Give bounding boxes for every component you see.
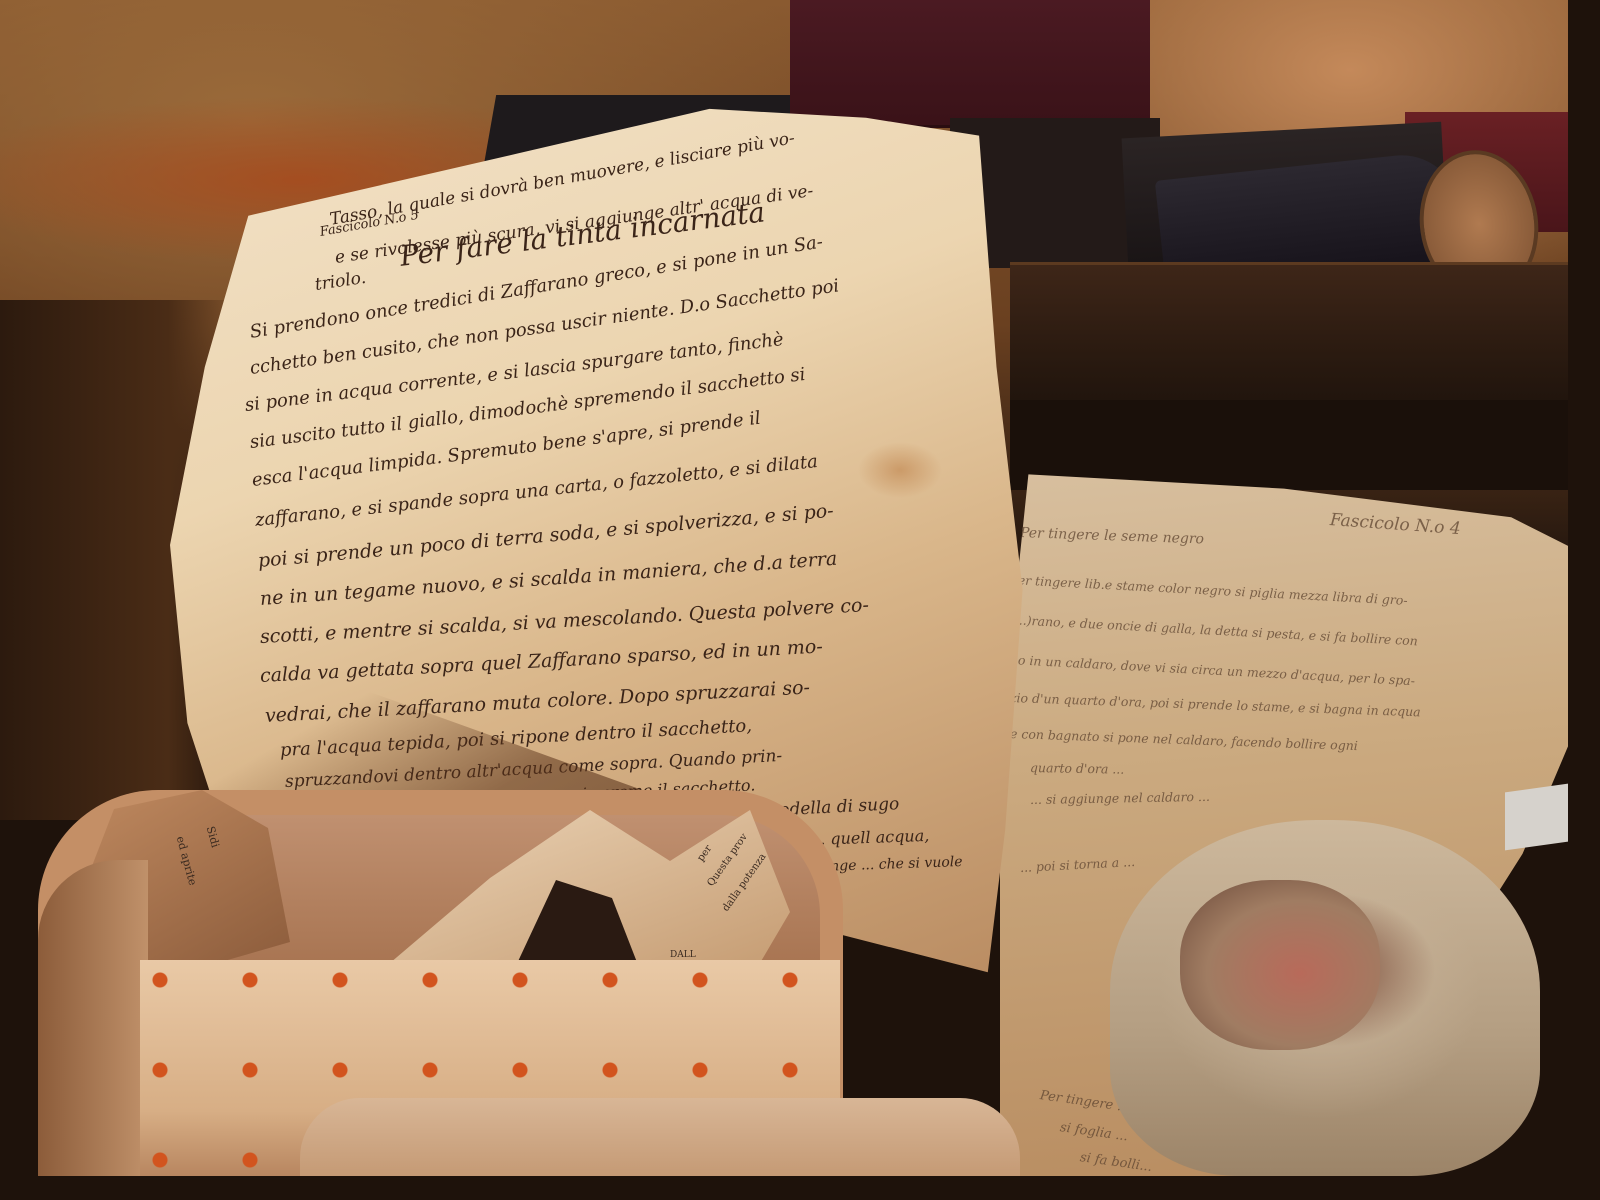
box-side — [38, 860, 148, 1176]
fascicolo-note-right: Fascicolo N.o 4 — [1329, 510, 1461, 539]
manuscript-right-title: Per tingere le seme negro — [1020, 525, 1205, 547]
manuscript-line: no in un caldaro, dove vi sia circa un m… — [1010, 652, 1416, 688]
manuscript-line: zio d'un quarto d'ora, poi si prende lo … — [1010, 690, 1421, 719]
manuscript-footer-line: si foglia ... — [1059, 1120, 1129, 1144]
manuscript-line: (...)rano, e due oncie di galla, la dett… — [1010, 612, 1419, 648]
box-lid — [300, 1098, 1020, 1176]
manuscript-line: ... si aggiunge nel caldaro ... — [1030, 789, 1210, 807]
wooden-tray — [1010, 262, 1568, 415]
newsprint-text: ed aprite — [174, 835, 200, 887]
manuscript-line: ... poi si torna a ... — [1020, 854, 1136, 875]
newsprint-text: DALL — [670, 950, 696, 960]
museum-label-card — [1505, 784, 1568, 851]
manuscript-line: Per tingere lib.e stame color negro si p… — [1010, 572, 1408, 608]
newsprint-text: Sidi — [204, 825, 222, 849]
tray-shadow — [1010, 400, 1568, 490]
manuscript-line: ... quell acqua, — [810, 826, 930, 849]
sack-opening — [1180, 880, 1380, 1050]
manuscript-line: e con bagnato si pone nel caldaro, facen… — [1010, 726, 1358, 753]
newsprint-text: per — [695, 843, 714, 863]
purple-velvet-box — [790, 0, 1150, 128]
manuscript-line: triolo. — [314, 268, 368, 295]
manuscript-line: quarto d'ora ... — [1030, 760, 1125, 777]
manuscript-footer-line: si fa bolli... — [1079, 1150, 1153, 1175]
